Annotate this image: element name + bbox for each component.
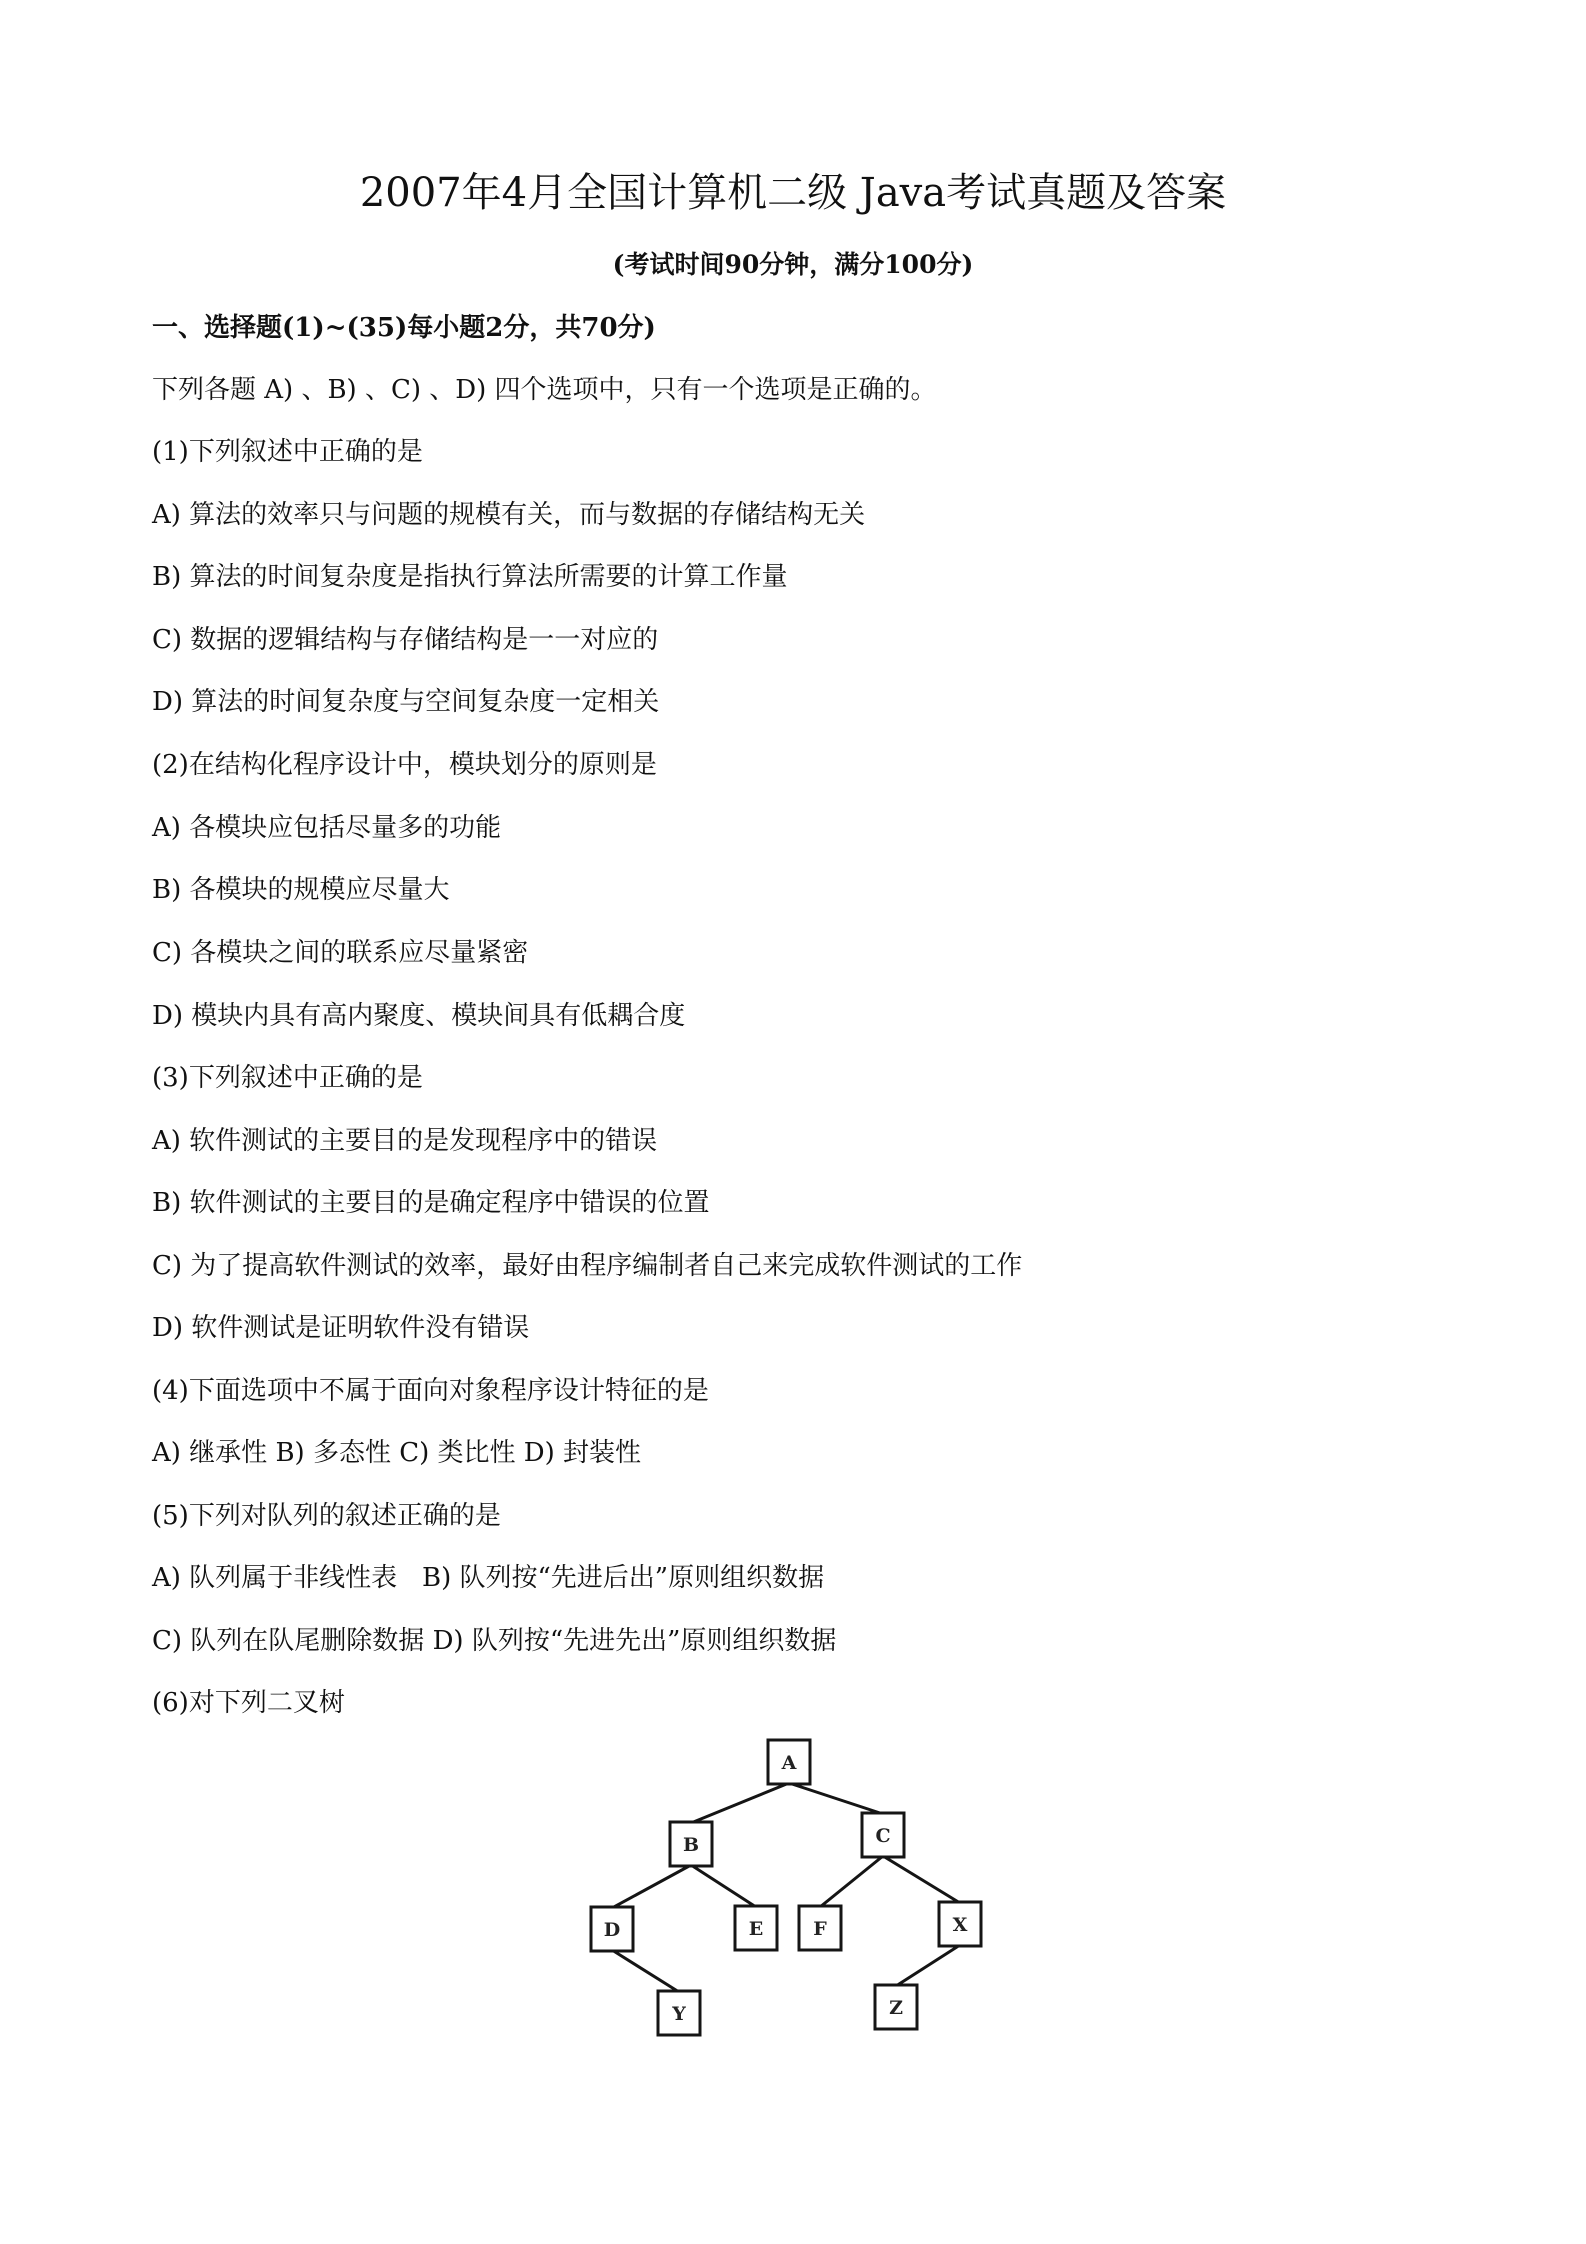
question-2-option-a: A) 各模块应包括尽量多的功能 (152, 810, 501, 846)
tree-node-label: C (875, 1825, 890, 1847)
question-2-option-c: C) 各模块之间的联系应尽量紧密 (152, 935, 528, 971)
tree-edge-B-E (691, 1865, 756, 1907)
tree-node-label: X (953, 1914, 968, 1936)
question-2-option-d: D) 模块内具有高内聚度、模块间具有低耦合度 (152, 998, 685, 1034)
question-5-stem: (5)下列对队列的叙述正确的是 (152, 1498, 501, 1534)
tree-edge-B-D (612, 1865, 691, 1908)
tree-node-label: D (604, 1919, 620, 1941)
tree-node-C: C (862, 1813, 904, 1857)
question-3-stem: (3)下列叙述中正确的是 (152, 1060, 423, 1096)
tree-edge-C-F (820, 1856, 883, 1907)
question-3-option-d: D) 软件测试是证明软件没有错误 (152, 1310, 529, 1346)
tree-node-label: A (781, 1752, 797, 1774)
tree-node-label: B (683, 1834, 699, 1856)
question-2-option-b: B) 各模块的规模应尽量大 (152, 872, 450, 908)
tree-node-X: X (939, 1902, 981, 1946)
tree-node-Z: Z (875, 1985, 917, 2029)
question-1-option-c: C) 数据的逻辑结构与存储结构是一一对应的 (152, 622, 658, 658)
question-3-option-a: A) 软件测试的主要目的是发现程序中的错误 (152, 1123, 657, 1159)
tree-node-label: F (813, 1918, 827, 1940)
section-heading: 一、选择题(1)~(35)每小题2分，共70分) (152, 310, 656, 346)
tree-node-E: E (735, 1906, 777, 1950)
question-2-stem: (2)在结构化程序设计中，模块划分的原则是 (152, 747, 657, 783)
question-5-options-cd: C) 队列在队尾删除数据 D) 队列按“先进先出”原则组织数据 (152, 1623, 836, 1659)
tree-edge-A-C (789, 1783, 883, 1814)
tree-node-B: B (670, 1822, 712, 1866)
exam-info-subtitle: (考试时间90分钟，满分100分) (0, 247, 1586, 283)
tree-edge-D-Y (612, 1950, 679, 1992)
question-1-option-a: A) 算法的效率只与问题的规模有关，而与数据的存储结构无关 (152, 497, 865, 533)
tree-node-label: E (749, 1918, 763, 1940)
binary-tree-diagram: ABCDEFXYZ (560, 1720, 1020, 2060)
question-5-options-ab: A) 队列属于非线性表 B) 队列按“先进后出”原则组织数据 (152, 1560, 824, 1596)
tree-node-Y: Y (658, 1991, 700, 2035)
tree-node-D: D (591, 1907, 633, 1951)
question-3-option-c: C) 为了提高软件测试的效率，最好由程序编制者自己来完成软件测试的工作 (152, 1248, 1022, 1284)
page-title: 2007年4月全国计算机二级 Java考试真题及答案 (0, 165, 1586, 221)
tree-edge-X-Z (896, 1945, 960, 1986)
question-4-options: A) 继承性 B) 多态性 C) 类比性 D) 封装性 (152, 1435, 641, 1471)
tree-edge-C-X (883, 1856, 960, 1903)
tree-edge-A-B (691, 1783, 789, 1823)
question-4-stem: (4)下面选项中不属于面向对象程序设计特征的是 (152, 1373, 709, 1409)
tree-node-F: F (799, 1906, 841, 1950)
document-page: 2007年4月全国计算机二级 Java考试真题及答案 (考试时间90分钟，满分1… (0, 0, 1586, 2244)
question-6-stem: (6)对下列二叉树 (152, 1685, 345, 1721)
question-1-option-b: B) 算法的时间复杂度是指执行算法所需要的计算工作量 (152, 559, 788, 595)
tree-node-label: Y (671, 2003, 686, 2025)
tree-node-label: Z (889, 1997, 903, 2019)
tree-node-A: A (768, 1740, 810, 1784)
instructions-text: 下列各题 A) 、B) 、C) 、D) 四个选项中，只有一个选项是正确的。 (152, 372, 937, 408)
question-1-stem: (1)下列叙述中正确的是 (152, 434, 423, 470)
question-1-option-d: D) 算法的时间复杂度与空间复杂度一定相关 (152, 684, 659, 720)
question-3-option-b: B) 软件测试的主要目的是确定程序中错误的位置 (152, 1185, 710, 1221)
